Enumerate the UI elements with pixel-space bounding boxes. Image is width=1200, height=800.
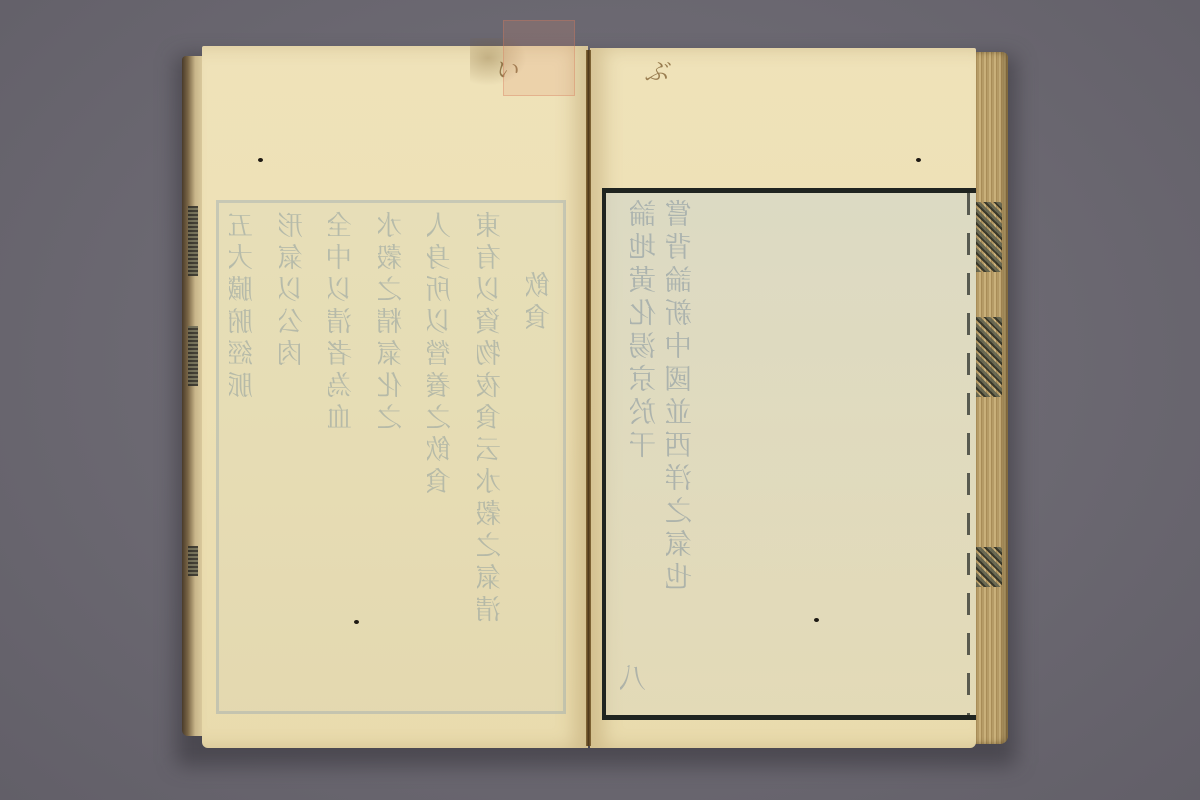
wormhole-damage bbox=[188, 326, 198, 386]
wormhole-damage bbox=[974, 317, 1002, 397]
bleed-through-column: 形氣以公肉 bbox=[279, 211, 306, 703]
bleed-through-text-block: 飲食 東有以資物夜食云水穀之氣清 人身所以營養之飲食 水穀之精氣化之 全中以清者… bbox=[216, 200, 566, 714]
handwritten-page-mark: ぶ bbox=[644, 52, 668, 87]
bleed-through-column: 水穀之精氣化之 bbox=[378, 211, 405, 703]
frame-rule bbox=[967, 193, 970, 715]
bleed-through-column: 八 bbox=[620, 663, 648, 696]
wormhole-damage bbox=[188, 206, 198, 276]
bleed-through-column: 全中以清者為血 bbox=[328, 211, 355, 703]
bleed-through-column: 嘗背論新中國並西洋之氣也 bbox=[666, 199, 694, 699]
right-page: 嘗背論新中國並西洋之氣也 論地黃化湯京於干 八 ぶ bbox=[590, 48, 976, 748]
printed-border-frame: 嘗背論新中國並西洋之氣也 論地黃化湯京於干 八 bbox=[602, 188, 976, 720]
wormhole-damage bbox=[188, 546, 198, 576]
bleed-through-columns: 嘗背論新中國並西洋之氣也 論地黃化湯京於干 bbox=[614, 199, 694, 699]
bleed-through-column: 論地黃化湯京於干 bbox=[630, 199, 658, 699]
bleed-through-column: 五大臓腑經脈 bbox=[229, 211, 256, 703]
bleed-through-columns: 飲食 東有以資物夜食云水穀之氣清 人身所以營養之飲食 水穀之精氣化之 全中以清者… bbox=[229, 211, 553, 703]
wormhole-damage bbox=[974, 547, 1002, 587]
bleed-through-title: 飲食 bbox=[526, 211, 553, 703]
watermark-stamp bbox=[503, 20, 575, 96]
ink-speck bbox=[354, 620, 359, 624]
bleed-through-column: 人身所以營養之飲食 bbox=[427, 211, 454, 703]
book-right-edge bbox=[972, 52, 1008, 744]
wormhole-damage bbox=[974, 202, 1002, 272]
left-page: 飲食 東有以資物夜食云水穀之氣清 人身所以營養之飲食 水穀之精氣化之 全中以清者… bbox=[202, 46, 588, 748]
bleed-through-column: 東有以資物夜食云水穀之氣清 bbox=[477, 211, 504, 703]
ink-speck bbox=[258, 158, 263, 162]
book-gutter bbox=[586, 50, 591, 746]
ink-speck bbox=[814, 618, 819, 622]
ink-speck bbox=[916, 158, 921, 162]
